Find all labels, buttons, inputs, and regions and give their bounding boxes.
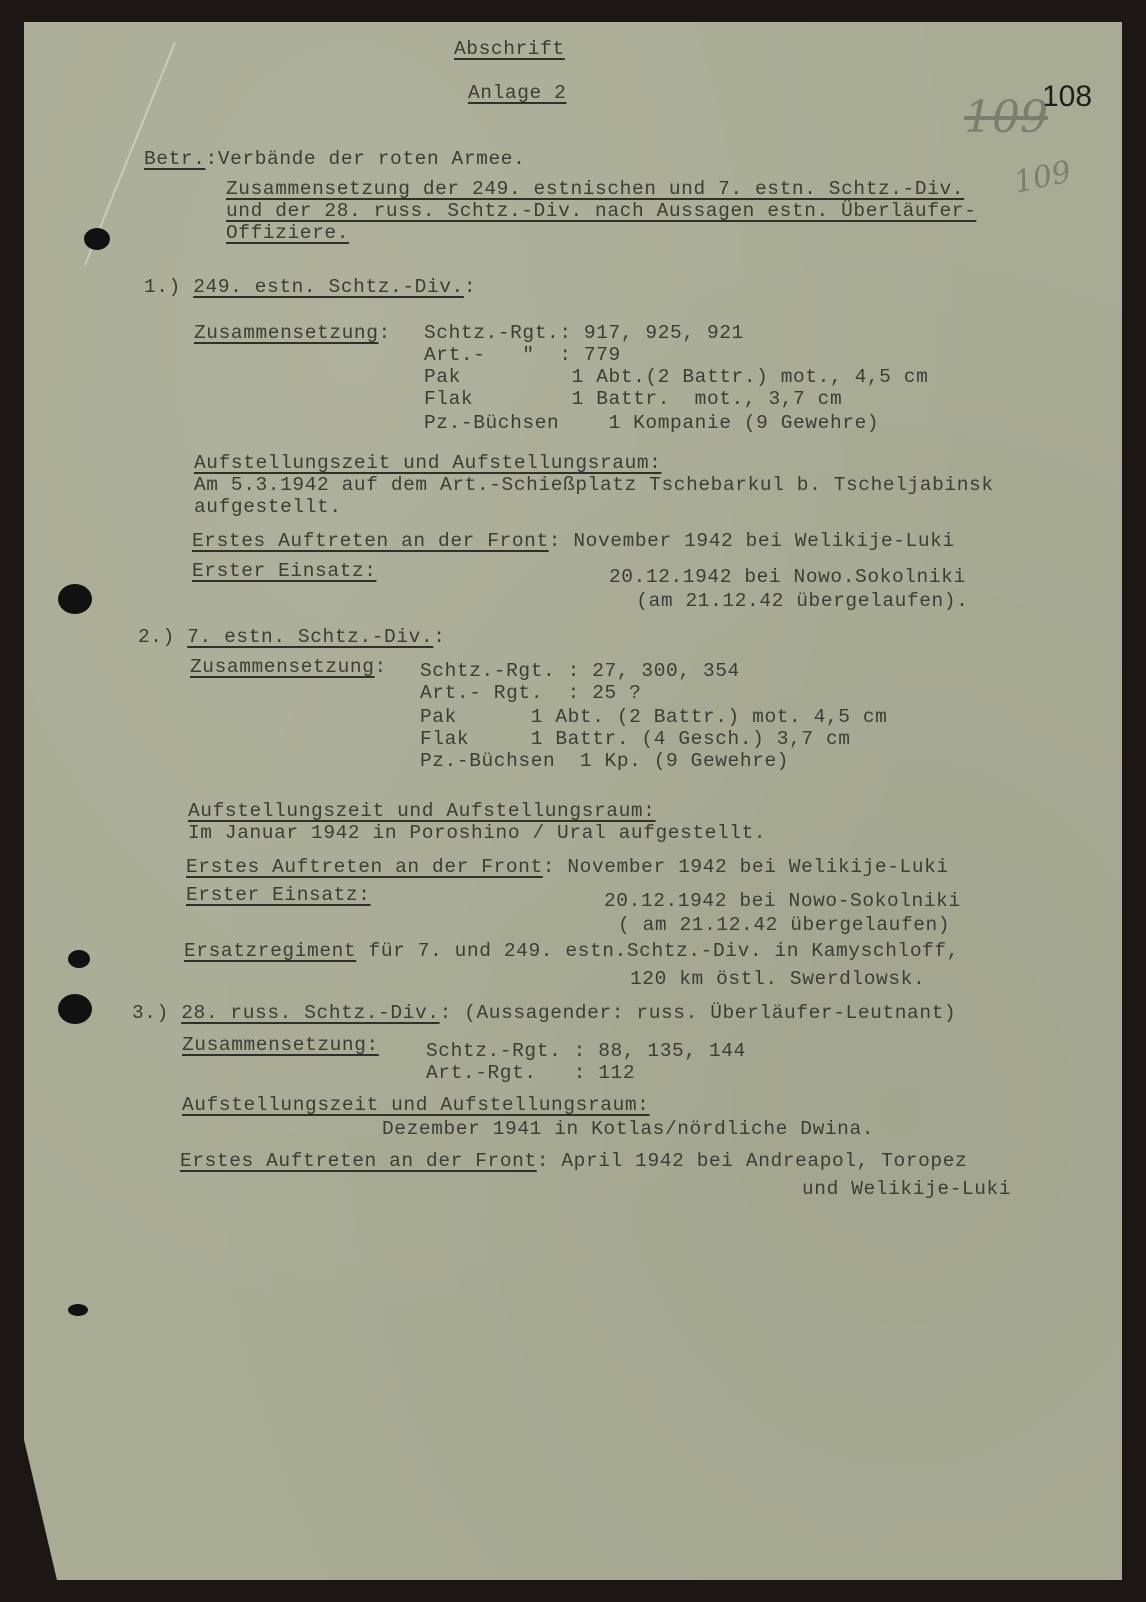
composition-line: Pz.-Büchsen 1 Kompanie (9 Gewehre) <box>424 412 879 434</box>
composition-line: Schtz.-Rgt. : 88, 135, 144 <box>426 1040 746 1062</box>
section-title: 7. estn. Schtz.-Div. <box>187 626 433 648</box>
section-title: 249. estn. Schtz.-Div. <box>193 276 464 298</box>
subject-line: Betr.:Verbände der roten Armee. <box>144 148 525 170</box>
subject-detail-line: Offiziere. <box>226 222 349 244</box>
first-action-label: Erster Einsatz: <box>186 884 371 906</box>
section-number: 2.) <box>138 626 175 648</box>
composition-line: Pak 1 Abt. (2 Battr.) mot. 4,5 cm <box>420 706 887 728</box>
composition-line: Flak 1 Battr. mot., 3,7 cm <box>424 388 842 410</box>
composition-label: Zusammensetzung: <box>190 656 387 678</box>
first-front-value: November 1942 bei Welikije-Luki <box>573 530 954 552</box>
section-title-suffix: : <box>464 276 476 298</box>
first-action-line: 20.12.1942 bei Nowo.Sokolniki <box>609 566 966 588</box>
composition-line: Art.-Rgt. : 112 <box>426 1062 635 1084</box>
replacement-row: Ersatzregiment für 7. und 249. estn.Scht… <box>184 940 959 962</box>
composition-label: Zusammensetzung: <box>182 1034 379 1056</box>
subject-text: :Verbände der roten Armee. <box>206 148 526 170</box>
formation-line: Am 5.3.1942 auf dem Art.-Schießplatz Tsc… <box>194 474 994 496</box>
first-front-row: Erstes Auftreten an der Front: November … <box>186 856 949 878</box>
replacement-line: 120 km östl. Swerdlowsk. <box>630 968 925 990</box>
document-title: Abschrift <box>454 38 565 60</box>
punch-hole <box>58 994 92 1024</box>
composition-line: Schtz.-Rgt. : 27, 300, 354 <box>420 660 740 682</box>
section-title-suffix: : (Aussagender: russ. Überläufer-Leutnan… <box>440 1002 957 1024</box>
formation-line: aufgestellt. <box>194 496 342 518</box>
section-title-suffix: : <box>433 626 445 648</box>
formation-line: Dezember 1941 in Kotlas/nördliche Dwina. <box>382 1118 874 1140</box>
formation-line: Im Januar 1942 in Poroshino / Ural aufge… <box>188 822 766 844</box>
first-front-value: April 1942 bei Andreapol, Toropez <box>561 1150 967 1172</box>
document-subtitle: Anlage 2 <box>468 82 566 104</box>
section-1-heading: 1.) 249. estn. Schtz.-Div.: <box>144 276 476 298</box>
first-action-label: Erster Einsatz: <box>192 560 377 582</box>
composition-line: Pak 1 Abt.(2 Battr.) mot., 4,5 cm <box>424 366 928 388</box>
formation-label: Aufstellungszeit und Aufstellungsraum: <box>194 452 661 474</box>
document-page: Abschrift Anlage 2 108 109 109 Betr.:Ver… <box>24 22 1122 1580</box>
composition-line: Art.- Rgt. : 25 ? <box>420 682 641 704</box>
punch-hole <box>68 1304 88 1316</box>
composition-line: Art.- " : 779 <box>424 344 621 366</box>
formation-label: Aufstellungszeit und Aufstellungsraum: <box>182 1094 649 1116</box>
first-front-line: und Welikije-Luki <box>802 1178 1011 1200</box>
subject-detail-line: und der 28. russ. Schtz.-Div. nach Aussa… <box>226 200 976 222</box>
formation-label: Aufstellungszeit und Aufstellungsraum: <box>188 800 655 822</box>
section-number: 3.) <box>132 1002 169 1024</box>
first-front-label: Erstes Auftreten an der Front <box>180 1150 537 1172</box>
section-number: 1.) <box>144 276 181 298</box>
first-front-value: November 1942 bei Welikije-Luki <box>567 856 948 878</box>
composition-label: Zusammensetzung: <box>194 322 391 344</box>
first-front-label: Erstes Auftreten an der Front <box>186 856 543 878</box>
punch-hole <box>84 228 110 250</box>
first-action-line: (am 21.12.42 übergelaufen). <box>624 590 968 612</box>
composition-line: Schtz.-Rgt.: 917, 925, 921 <box>424 322 744 344</box>
punch-hole <box>68 950 90 968</box>
subject-detail-line: Zusammensetzung der 249. estnischen und … <box>226 178 964 200</box>
punch-hole <box>58 584 92 614</box>
subject-label: Betr. <box>144 148 206 170</box>
first-front-row: Erstes Auftreten an der Front: April 194… <box>180 1150 967 1172</box>
first-front-label: Erstes Auftreten an der Front <box>192 530 549 552</box>
replacement-label: Ersatzregiment <box>184 940 356 962</box>
composition-line: Flak 1 Battr. (4 Gesch.) 3,7 cm <box>420 728 851 750</box>
section-title: 28. russ. Schtz.-Div. <box>181 1002 439 1024</box>
first-front-row: Erstes Auftreten an der Front: November … <box>192 530 955 552</box>
pencil-folio-mark: 109 <box>964 92 1048 143</box>
first-action-line: 20.12.1942 bei Nowo-Sokolniki <box>604 890 961 912</box>
composition-label-text: Zusammensetzung <box>190 656 375 678</box>
first-action-line: ( am 21.12.42 übergelaufen) <box>618 914 950 936</box>
composition-label-text: Zusammensetzung <box>194 322 379 344</box>
section-2-heading: 2.) 7. estn. Schtz.-Div.: <box>138 626 446 648</box>
section-3-heading: 3.) 28. russ. Schtz.-Div.: (Aussagender:… <box>132 1002 956 1024</box>
pencil-folio-mark-2: 109 <box>1011 154 1074 200</box>
composition-line: Pz.-Büchsen 1 Kp. (9 Gewehre) <box>420 750 789 772</box>
replacement-value: für 7. und 249. estn.Schtz.-Div. in Kamy… <box>356 940 959 962</box>
folio-number: 108 <box>1042 80 1092 114</box>
